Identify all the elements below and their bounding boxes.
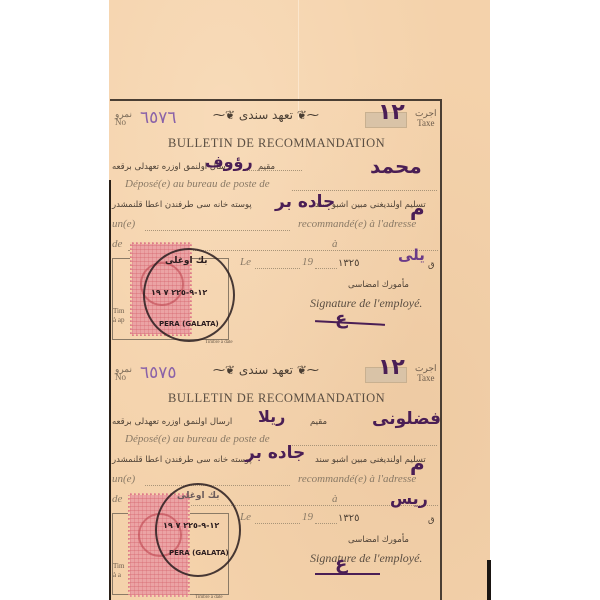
ottoman-title: ⁓❦ تعهد سندی ❦⁓ [213,108,319,122]
slip-number: ٦٥٧٥ [140,363,177,383]
recommended-row: un(e) recommandé(e) à l'adresse [110,218,440,234]
recommendation-slip-2: نمروNo ٦٥٧٥ ⁓❦ تعهد سندی ❦⁓ ١٢ اجرتTaxe … [110,355,442,600]
postmark-cancellation: بك اوغلی ١٢-٩-٢٢٥ ٧ ١٩ PERA (GALATA) [143,248,235,342]
sender-handwritten: ریلا [258,407,285,426]
employee-label-ottoman: مأمورك امضاسی [348,280,409,290]
number-label: نمروNo [115,365,132,381]
taxe-label: اجرتTaxe [415,108,437,128]
employee-signature: ع [335,308,347,329]
signature-stroke [315,573,380,575]
employee-label-ottoman: مأمورك امضاسی [348,535,409,545]
slip-number: ٦٥٧٦ [140,108,177,128]
number-label: نمروNo [115,110,132,126]
paper-corner-shadow [487,560,491,600]
employee-signature: ع [335,553,347,574]
post-office-handwritten: جاده بر [275,192,335,212]
postmark-cancellation: بك اوغلی ١٢-٩-٢٢٥ ٧ ١٩ PERA (GALATA) [155,483,241,577]
recommendation-slip-1: نمروNo ٦٥٧٦ ⁓❦ تعهد سندی ❦⁓ ١٢ اجرتTaxe … [110,100,442,345]
ottoman-delivery-row: تسلیم اولندیغنی مبین اشبو سند پوسته خانه… [110,453,440,469]
recommended-row: un(e) recommandé(e) à l'adresse [110,473,440,489]
post-office-handwritten: جاده بر [245,443,305,463]
sender-row: ارسال اولنمق اوزره تعهدلی برقعه مقیم ریل… [110,413,440,429]
ottoman-delivery-row: تسلیم اولندیغنی مبین اشبو سند پوسته خانه… [110,198,440,214]
taxe-handwritten: ١٢ [378,100,405,125]
sender-row: ارسال اولنمق اوزره تعهدلی برقعه مقیم رؤو… [110,158,440,174]
signature-stroke [315,320,385,326]
signature-label: Signature de l'employé. [310,551,422,566]
bulletin-title: BULLETIN DE RECOMMANDATION [168,391,385,406]
sender-handwritten: رؤوف [205,152,253,171]
recipient-handwritten: فضلونی [372,409,441,429]
bulletin-title: BULLETIN DE RECOMMANDATION [168,136,385,151]
ottoman-title: ⁓❦ تعهد سندی ❦⁓ [213,363,319,377]
timbre-label: Timbre à date [205,340,233,345]
taxe-label: اجرتTaxe [415,363,437,383]
recipient-handwritten: محمد [370,154,422,178]
timbre-label: Timbre à date [195,595,223,600]
signature-label: Signature de l'employé. [310,296,422,311]
taxe-handwritten: ١٢ [378,355,405,380]
